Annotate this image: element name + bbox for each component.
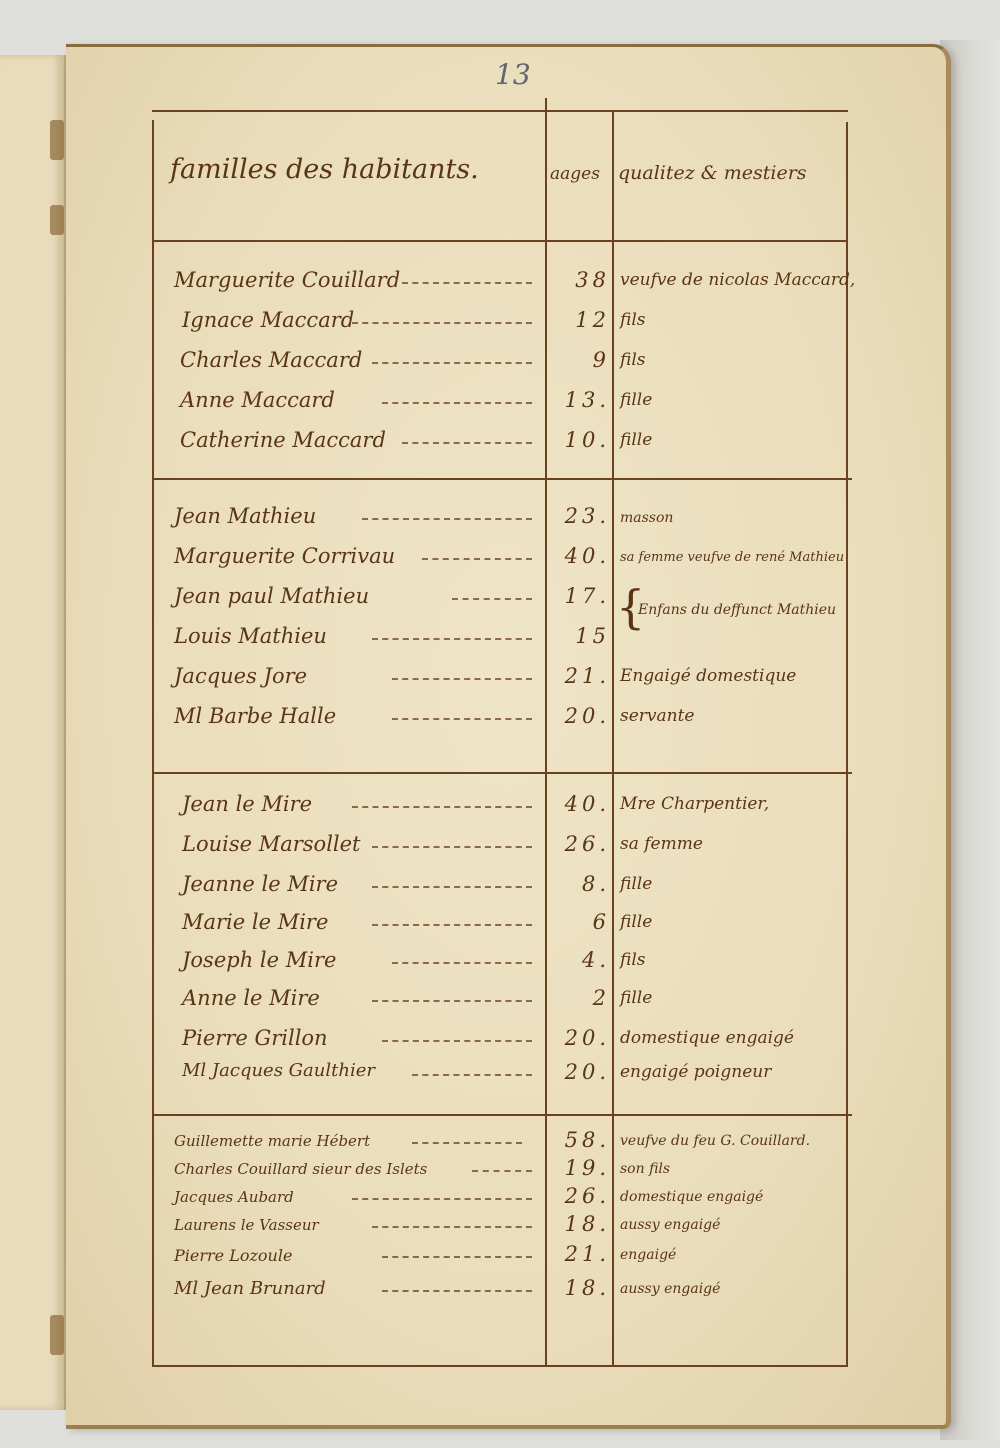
- person-age: 38: [550, 268, 610, 292]
- table-row: Marie le Mire 6 fille: [152, 910, 848, 944]
- person-quality: fille: [620, 874, 652, 894]
- table-row: Louise Marsollet 26. sa femme: [152, 832, 848, 866]
- person-quality: veufve de nicolas Maccard,: [620, 270, 855, 290]
- leader-dots: [372, 998, 532, 1002]
- person-quality: fille: [620, 430, 652, 450]
- table-row: Catherine Maccard 10. fille: [152, 428, 848, 462]
- leader-dots: [472, 1168, 532, 1172]
- family-separator: [152, 478, 852, 480]
- table-row: Louis Mathieu 15: [152, 624, 848, 658]
- person-age: 23.: [550, 504, 610, 528]
- person-age: 40.: [550, 544, 610, 568]
- person-age: 18.: [550, 1276, 610, 1300]
- person-name: Ml Jacques Gaulthier: [182, 1060, 375, 1081]
- leader-dots: [422, 556, 532, 560]
- person-age: 8.: [550, 872, 610, 896]
- person-quality: son fils: [620, 1161, 670, 1177]
- grouped-quality: Enfans du deffunct Mathieu: [638, 602, 836, 618]
- leader-dots: [372, 360, 532, 364]
- binding-hole: [50, 205, 64, 235]
- person-quality: fils: [620, 350, 646, 370]
- table-row: Ignace Maccard 12 fils: [152, 308, 848, 342]
- leader-dots: [382, 400, 532, 404]
- person-quality: sa femme: [620, 834, 703, 854]
- leader-dots: [372, 922, 532, 926]
- leader-dots: [392, 960, 532, 964]
- header-ages: aages: [550, 164, 600, 184]
- leader-dots: [372, 844, 532, 848]
- table-row: Ml Jacques Gaulthier 20. engaigé poigneu…: [152, 1060, 848, 1094]
- table-row: Marguerite Couillard 38 veufve de nicola…: [152, 268, 848, 302]
- person-age: 9: [550, 348, 610, 372]
- table-row: Ml Barbe Halle 20. servante: [152, 704, 848, 738]
- person-quality: domestique engaigé: [620, 1189, 763, 1205]
- table-row: Ml Jean Brunard 18. aussy engaigé: [152, 1276, 848, 1310]
- person-quality: aussy engaigé: [620, 1217, 720, 1233]
- person-quality: aussy engaigé: [620, 1281, 720, 1297]
- leader-dots: [402, 440, 532, 444]
- person-name: Anne le Mire: [182, 986, 320, 1010]
- person-quality: fils: [620, 950, 646, 970]
- person-quality: masson: [620, 510, 673, 526]
- person-age: 26.: [550, 832, 610, 856]
- left-page-edge: [0, 55, 67, 1410]
- person-age: 17.: [550, 584, 610, 608]
- person-name: Jean le Mire: [182, 792, 312, 816]
- person-quality: fils: [620, 310, 646, 330]
- table-row: Jean Mathieu 23. masson: [152, 504, 848, 538]
- person-name: Ml Jean Brunard: [174, 1278, 326, 1299]
- family-separator: [152, 772, 852, 774]
- person-age: 2: [550, 986, 610, 1010]
- leader-dots: [392, 716, 532, 720]
- person-name: Pierre Grillon: [182, 1026, 328, 1050]
- person-age: 18.: [550, 1212, 610, 1236]
- person-age: 20.: [550, 1026, 610, 1050]
- table-row: Jean le Mire 40. Mre Charpentier,: [152, 792, 848, 826]
- binding-hole: [50, 1315, 64, 1355]
- person-age: 15: [550, 624, 610, 648]
- leader-dots: [372, 884, 532, 888]
- leader-dots: [452, 596, 532, 600]
- table-row: Laurens le Vasseur 18. aussy engaigé: [152, 1212, 848, 1246]
- table-row: Joseph le Mire 4. fils: [152, 948, 848, 982]
- person-name: Louise Marsollet: [182, 832, 361, 856]
- leader-dots: [352, 1196, 532, 1200]
- person-age: 20.: [550, 1060, 610, 1084]
- table-top-border: [152, 110, 848, 112]
- leader-dots: [412, 1140, 522, 1144]
- table-row: Anne le Mire 2 fille: [152, 986, 848, 1020]
- person-quality: fille: [620, 988, 652, 1008]
- person-age: 40.: [550, 792, 610, 816]
- leader-dots: [382, 1288, 532, 1292]
- person-quality: servante: [620, 706, 695, 726]
- person-age: 21.: [550, 664, 610, 688]
- leader-dots: [392, 676, 532, 680]
- family-separator: [152, 1114, 852, 1116]
- person-quality: engaigé: [620, 1247, 676, 1263]
- table-row: Jacques Jore 21. Engaigé domestique: [152, 664, 848, 698]
- person-name: Ml Barbe Halle: [174, 704, 336, 728]
- person-name: Marguerite Corrivau: [174, 544, 395, 568]
- person-name: Ignace Maccard: [182, 308, 354, 332]
- census-table: familles des habitants. aages qualitez &…: [152, 110, 848, 1367]
- person-age: 26.: [550, 1184, 610, 1208]
- person-name: Marie le Mire: [182, 910, 328, 934]
- leader-dots: [382, 1038, 532, 1042]
- binding-hole: [50, 120, 64, 160]
- person-age: 6: [550, 910, 610, 934]
- person-name: Charles Maccard: [180, 348, 362, 372]
- header-separator: [152, 240, 848, 242]
- person-name: Louis Mathieu: [174, 624, 327, 648]
- person-name: Catherine Maccard: [180, 428, 386, 452]
- page-number: 13: [495, 58, 531, 91]
- person-quality: domestique engaigé: [620, 1028, 794, 1048]
- person-name: Guillemette marie Hébert: [174, 1132, 370, 1150]
- person-age: 19.: [550, 1156, 610, 1180]
- person-age: 21.: [550, 1242, 610, 1266]
- person-quality: engaigé poigneur: [620, 1062, 771, 1082]
- table-row: Jeanne le Mire 8. fille: [152, 872, 848, 906]
- person-age: 4.: [550, 948, 610, 972]
- table-row: Charles Maccard 9 fils: [152, 348, 848, 382]
- person-age: 10.: [550, 428, 610, 452]
- table-bottom-border: [152, 1365, 848, 1367]
- person-name: Jean Mathieu: [174, 504, 316, 528]
- person-name: Jeanne le Mire: [182, 872, 338, 896]
- person-age: 20.: [550, 704, 610, 728]
- person-name: Marguerite Couillard: [174, 268, 400, 292]
- table-row: Marguerite Corrivau 40. sa femme veufve …: [152, 544, 848, 578]
- table-row: Pierre Grillon 20. domestique engaigé: [152, 1026, 848, 1060]
- person-quality: Mre Charpentier,: [620, 794, 769, 814]
- table-row: Pierre Lozoule 21. engaigé: [152, 1242, 848, 1276]
- person-name: Charles Couillard sieur des Islets: [174, 1160, 427, 1178]
- person-age: 58.: [550, 1128, 610, 1152]
- person-age: 12: [550, 308, 610, 332]
- person-name: Anne Maccard: [180, 388, 335, 412]
- person-age: 13.: [550, 388, 610, 412]
- person-name: Jacques Aubard: [174, 1188, 294, 1206]
- person-quality: Engaigé domestique: [620, 666, 796, 686]
- leader-dots: [352, 804, 532, 808]
- person-name: Joseph le Mire: [182, 948, 336, 972]
- leader-dots: [412, 1072, 532, 1076]
- leader-dots: [372, 1224, 532, 1228]
- leader-dots: [372, 636, 532, 640]
- person-quality: veufve du feu G. Couillard.: [620, 1133, 810, 1149]
- person-name: Pierre Lozoule: [174, 1246, 292, 1265]
- person-quality: fille: [620, 912, 652, 932]
- leader-dots: [402, 280, 532, 284]
- person-name: Laurens le Vasseur: [174, 1216, 319, 1234]
- person-name: Jacques Jore: [174, 664, 307, 688]
- leader-dots: [352, 320, 532, 324]
- header-qualities: qualitez & mestiers: [618, 162, 807, 184]
- person-name: Jean paul Mathieu: [174, 584, 369, 608]
- table-row: Anne Maccard 13. fille: [152, 388, 848, 422]
- person-quality: sa femme veufve de rené Mathieu: [620, 550, 844, 565]
- leader-dots: [362, 516, 532, 520]
- header-families: familles des habitants.: [170, 154, 479, 185]
- leader-dots: [382, 1254, 532, 1258]
- person-quality: fille: [620, 390, 652, 410]
